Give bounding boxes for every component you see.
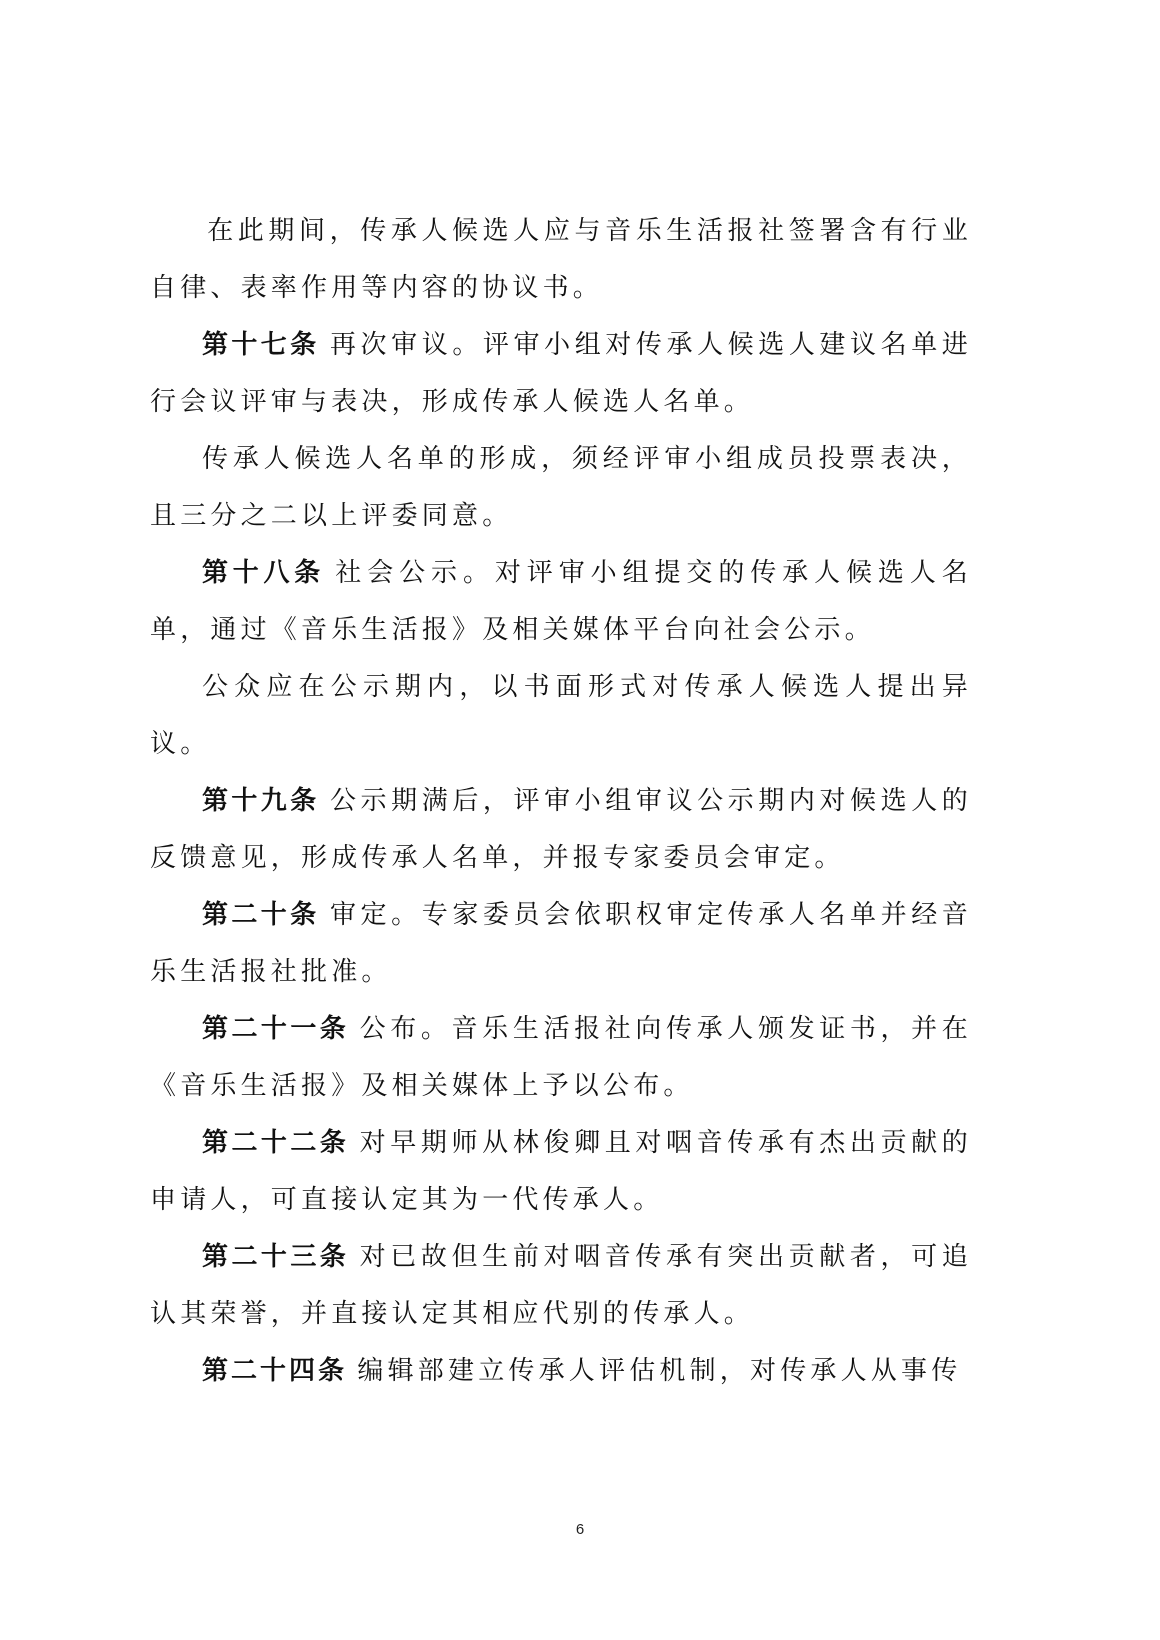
- page-number: 6: [0, 1521, 1160, 1538]
- paragraph-text: 传承人候选人名单的形成，须经评审小组成员投票表决，且三分之二以上评委同意。: [150, 444, 972, 531]
- document-body: 在此期间，传承人候选人应与音乐生活报社签署含有行业自律、表率作用等内容的协议书。…: [150, 203, 972, 1400]
- article-number: 第二十条: [202, 900, 320, 930]
- article-number: 第十七条: [202, 330, 320, 360]
- article-21: 第二十一条公布。音乐生活报社向传承人颁发证书，并在《音乐生活报》及相关媒体上予以…: [150, 1001, 972, 1115]
- article-number: 第十九条: [202, 786, 320, 816]
- paragraph-vote: 传承人候选人名单的形成，须经评审小组成员投票表决，且三分之二以上评委同意。: [150, 431, 972, 545]
- article-19: 第十九条公示期满后，评审小组审议公示期内对候选人的反馈意见，形成传承人名单，并报…: [150, 773, 972, 887]
- article-24: 第二十四条编辑部建立传承人评估机制，对传承人从事传: [150, 1343, 972, 1400]
- paragraph-agreement: 在此期间，传承人候选人应与音乐生活报社签署含有行业自律、表率作用等内容的协议书。: [150, 203, 972, 317]
- paragraph-text: 编辑部建立传承人评估机制，对传承人从事传: [357, 1356, 961, 1386]
- article-20: 第二十条审定。专家委员会依职权审定传承人名单并经音乐生活报社批准。: [150, 887, 972, 1001]
- paragraph-objection: 公众应在公示期内，以书面形式对传承人候选人提出异议。: [150, 659, 972, 773]
- article-23: 第二十三条对已故但生前对咽音传承有突出贡献者，可追认其荣誉，并直接认定其相应代别…: [150, 1229, 972, 1343]
- paragraph-text: 公众应在公示期内，以书面形式对传承人候选人提出异议。: [150, 672, 972, 759]
- article-number: 第二十四条: [202, 1356, 347, 1386]
- article-number: 第二十二条: [202, 1128, 349, 1158]
- article-17: 第十七条再次审议。评审小组对传承人候选人建议名单进行会议评审与表决，形成传承人候…: [150, 317, 972, 431]
- article-18: 第十八条社会公示。对评审小组提交的传承人候选人名单，通过《音乐生活报》及相关媒体…: [150, 545, 972, 659]
- article-number: 第二十三条: [202, 1242, 349, 1272]
- article-number: 第十八条: [202, 558, 325, 588]
- article-number: 第二十一条: [202, 1014, 349, 1044]
- article-22: 第二十二条对早期师从林俊卿且对咽音传承有杰出贡献的申请人，可直接认定其为一代传承…: [150, 1115, 972, 1229]
- paragraph-text: 在此期间，传承人候选人应与音乐生活报社签署含有行业自律、表率作用等内容的协议书。: [150, 216, 972, 303]
